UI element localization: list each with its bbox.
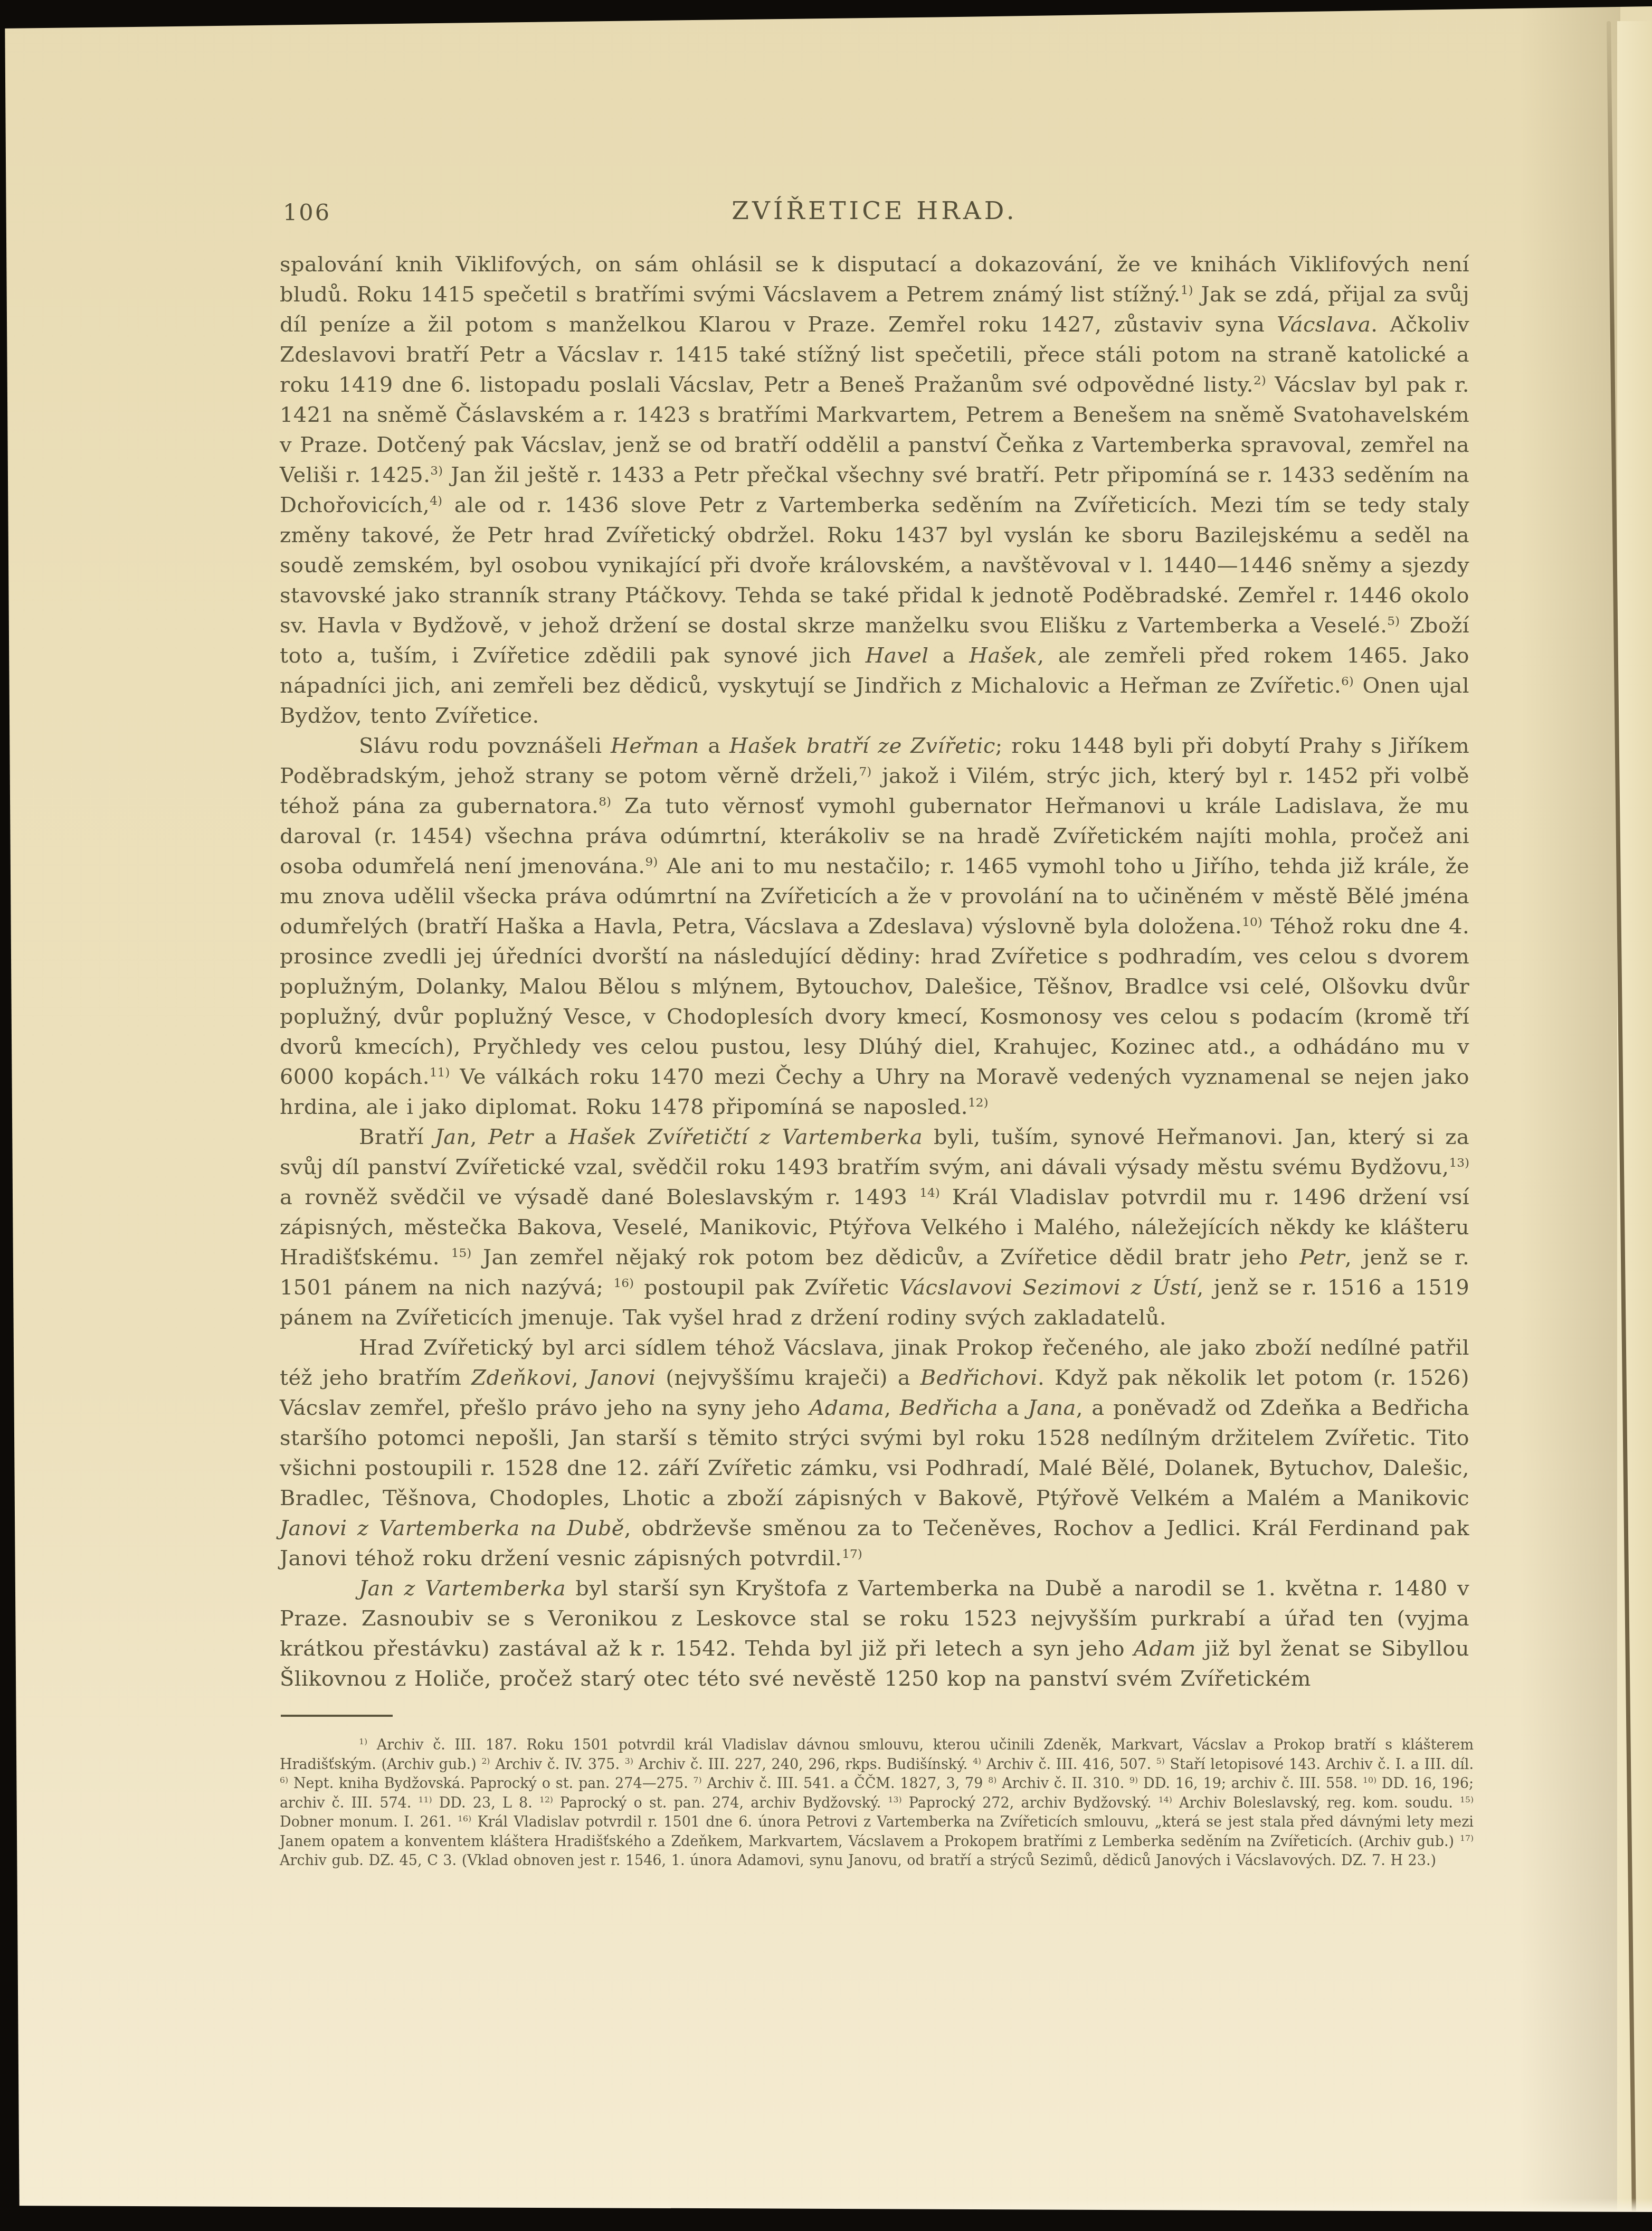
- page-header: 106 ZVÍŘETICE HRAD.: [280, 196, 1469, 228]
- paragraph: spalování knih Viklifových, on sám ohlás…: [280, 250, 1469, 731]
- italic-name: Jana: [1028, 1396, 1076, 1420]
- footnote-marker: 4): [430, 494, 442, 508]
- footnote-marker: 10): [1242, 915, 1262, 929]
- paragraph: Slávu rodu povznášeli Heřman a Hašek bra…: [280, 731, 1469, 1122]
- text-run: Staří letopisové 143. Archiv č. I. a III…: [1165, 1756, 1474, 1773]
- italic-name: Adam: [1134, 1637, 1196, 1661]
- text-run: a: [699, 734, 729, 758]
- italic-name: Janovi: [588, 1366, 656, 1390]
- footnote-marker: 14): [919, 1186, 940, 1200]
- footnote-marker: 5): [1387, 614, 1400, 628]
- footnote-marker: 9): [1129, 1775, 1138, 1785]
- footnote-marker: 13): [1449, 1156, 1469, 1170]
- text-run: (nejvyššímu kraječi) a: [656, 1366, 920, 1390]
- footnote-marker: 6): [280, 1775, 288, 1785]
- footnote-marker: 17): [842, 1547, 862, 1561]
- footnote-marker: 3): [430, 464, 443, 478]
- italic-name: Hašek: [969, 644, 1037, 668]
- page-fold-shadow: [1520, 0, 1620, 2231]
- footnote-marker: 14): [1159, 1794, 1172, 1804]
- scan-border-top: [0, 0, 1652, 33]
- text-run: Archiv Boleslavský, reg. kom. soudu.: [1172, 1795, 1460, 1811]
- text-run: DD. 16, 19; archiv č. III. 558.: [1138, 1775, 1363, 1792]
- italic-name: Adama: [809, 1396, 884, 1420]
- text-run: a: [998, 1396, 1028, 1420]
- footnote-marker: 6): [1341, 674, 1354, 688]
- footnote-marker: 17): [1460, 1833, 1474, 1843]
- italic-name: Havel: [866, 644, 929, 668]
- text-run: ,: [884, 1396, 900, 1420]
- footnote-marker: 10): [1363, 1775, 1376, 1785]
- footnotes-text: 1) Archiv č. III. 187. Roku 1501 potvrdi…: [280, 1736, 1474, 1871]
- text-run: Jan zemřel nějaký rok potom bez dědicův,…: [471, 1245, 1299, 1270]
- text-run: Archiv č. II. 310.: [996, 1775, 1129, 1792]
- italic-name: Bedřichovi: [920, 1366, 1038, 1390]
- text-run: Ve válkách roku 1470 mezi Čechy a Uhry n…: [280, 1065, 1469, 1119]
- footnote-marker: 11): [430, 1065, 450, 1080]
- footnote-marker: 15): [451, 1246, 472, 1260]
- footnote-marker: 4): [973, 1756, 981, 1766]
- text-run: Paprocký 272, archiv Bydžovský.: [902, 1795, 1159, 1811]
- footnote-marker: 16): [458, 1813, 471, 1823]
- footnote-marker: 2): [1254, 373, 1266, 387]
- footnote-marker: 15): [1460, 1794, 1474, 1804]
- paragraph: Hrad Zvířetický byl arci sídlem téhož Vá…: [280, 1333, 1469, 1574]
- footnote-marker: 2): [481, 1756, 490, 1766]
- text-run: a: [534, 1125, 568, 1149]
- footnote-marker: 1): [359, 1736, 367, 1746]
- text-run: DD. 23, L 8.: [432, 1795, 539, 1811]
- scanned-page: 106 ZVÍŘETICE HRAD. spalování knih Vikli…: [0, 0, 1652, 2231]
- italic-name: Vácslavovi Sezimovi z Ústí: [899, 1275, 1197, 1300]
- italic-name: Bedřicha: [900, 1396, 998, 1420]
- italic-name: Janovi z Vartemberka na Dubě: [280, 1516, 624, 1540]
- footnote-marker: 12): [968, 1095, 989, 1110]
- footnote-marker: 9): [645, 855, 658, 869]
- footnote-marker: 8): [988, 1775, 996, 1785]
- text-run: Téhož roku dne 4. prosince zvedli jej úř…: [280, 914, 1469, 1089]
- text-run: Archiv č. III. 416, 507.: [981, 1756, 1156, 1773]
- italic-name: Hašek bratří ze Zvířetic: [729, 734, 995, 758]
- text-run: Archiv č. III. 541. a ČČM. 1827, 3, 79: [702, 1775, 989, 1792]
- body-text: spalování knih Viklifových, on sám ohlás…: [280, 250, 1469, 1694]
- italic-name: Petr: [1299, 1245, 1345, 1270]
- text-run: ,: [470, 1125, 488, 1149]
- footnote-marker: 13): [888, 1794, 902, 1804]
- footnote-marker: 3): [625, 1756, 633, 1766]
- paragraph: Bratří Jan, Petr a Hašek Zvířetičtí z Va…: [280, 1122, 1469, 1333]
- text-run: Bratří: [359, 1125, 435, 1149]
- footnote-separator: [281, 1715, 393, 1717]
- text-run: Dobner monum. I. 261.: [280, 1814, 458, 1830]
- italic-name: Jan z Vartemberka: [359, 1576, 566, 1601]
- italic-name: Hašek Zvířetičtí z Vartemberka: [568, 1125, 923, 1149]
- italic-name: Vácslava: [1277, 313, 1371, 337]
- footnote-marker: 12): [539, 1794, 553, 1804]
- footnote-marker: 7): [859, 764, 871, 779]
- italic-name: Zdeňkovi: [471, 1366, 572, 1390]
- text-run: a: [928, 644, 969, 668]
- footnote-marker: 8): [599, 795, 611, 809]
- text-run: a rovněž svědčil ve výsadě dané Boleslav…: [280, 1185, 919, 1209]
- text-run: Archiv č. III. 227, 240, 296, rkps. Budi…: [633, 1756, 973, 1773]
- text-run: Nept. kniha Bydžovská. Paprocký o st. pa…: [288, 1775, 694, 1792]
- text-run: Archiv č. IV. 375.: [490, 1756, 624, 1773]
- footnote-marker: 1): [1181, 283, 1193, 297]
- text-run: Archiv gub. DZ. 45, C 3. (Vklad obnoven …: [280, 1852, 1436, 1869]
- paragraph: Jan z Vartemberka byl starší syn Kryštof…: [280, 1574, 1469, 1694]
- scan-border-left: [0, 0, 23, 2231]
- italic-name: Jan: [435, 1125, 470, 1149]
- footnote-marker: 16): [613, 1276, 634, 1290]
- text-run: ,: [572, 1366, 588, 1390]
- text-run: Slávu rodu povznášeli: [359, 734, 611, 758]
- footnote-marker: 11): [418, 1794, 432, 1804]
- footnote-marker: 5): [1156, 1756, 1165, 1766]
- running-title: ZVÍŘETICE HRAD.: [280, 196, 1469, 225]
- text-run: Paprocký o st. pan. 274, archiv Bydžovsk…: [553, 1795, 888, 1811]
- italic-name: Heřman: [611, 734, 699, 758]
- text-run: ale od r. 1436 slove Petr z Vartemberka …: [280, 493, 1469, 638]
- italic-name: Petr: [488, 1125, 534, 1149]
- text-run: postoupil pak Zvířetic: [634, 1275, 899, 1300]
- footnote-marker: 7): [694, 1775, 702, 1785]
